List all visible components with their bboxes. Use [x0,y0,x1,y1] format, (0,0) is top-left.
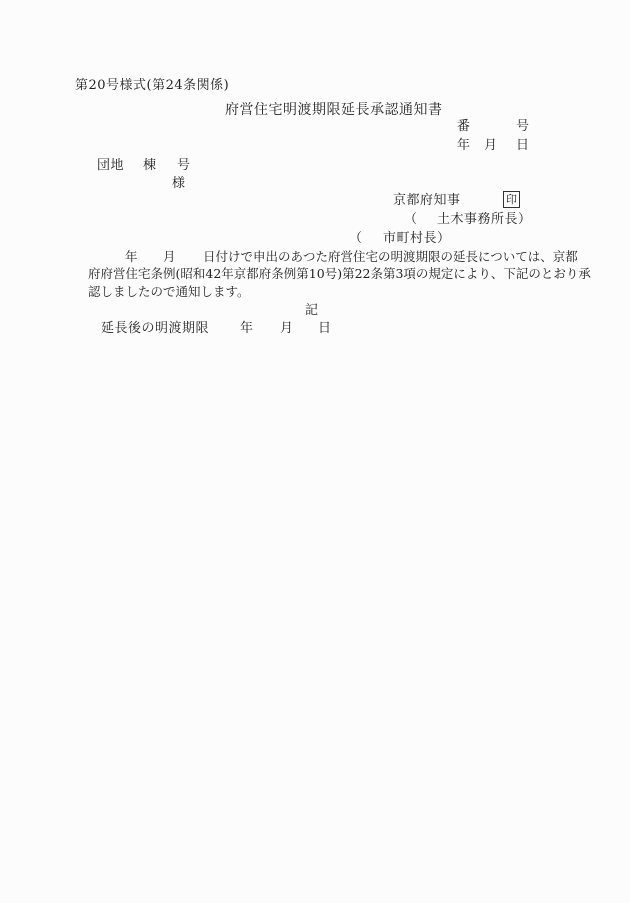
form-number: 第20号様式(第24条関係) [75,79,229,92]
document-title: 府営住宅明渡期限延長承認通知書 [225,103,443,117]
header-date-day-label: 日 [516,139,530,152]
extension-day-label: 日 [318,322,332,335]
header-date-month-label: 月 [484,139,498,152]
seal-character: 印 [506,194,517,205]
extension-month-label: 月 [280,322,294,335]
addressee-estate-label: 団地 [97,159,124,172]
issuer-alt2-open-paren: （ [349,232,363,245]
extension-deadline-label: 延長後の明渡期限 [101,322,209,335]
body-application-month-label: 月 [163,251,176,264]
document-page: 第20号様式(第24条関係) 府営住宅明渡期限延長承認通知書 番 号 年 月 日… [0,0,630,903]
body-paragraph-line3: 認しましたので通知します。 [88,286,250,299]
record-heading: 記 [305,304,319,317]
addressee-unit-label: 号 [177,159,191,172]
body-paragraph-line2: 府府営住宅条例(昭和42年京都府条例第10号)第22条第3項の規定により、下記の… [88,268,591,281]
issuer-governor-title: 京都府知事 [393,194,461,207]
addressee-honorific: 様 [172,177,186,190]
official-seal-placeholder: 印 [503,191,520,208]
addressee-building-label: 棟 [143,159,157,172]
body-application-year-label: 年 [125,251,138,264]
doc-number-suffix: 号 [516,120,530,133]
doc-number-label: 番 [457,120,471,133]
header-date-year-label: 年 [457,139,471,152]
issuer-alt2-mayor: 市町村長） [383,232,451,245]
body-paragraph-line1: 日付けで申出のあつた府営住宅の明渡期限の延長については、京都 [203,251,578,264]
issuer-alt1-civil-office-chief: 土木事務所長） [437,213,532,226]
issuer-alt1-open-paren: （ [404,213,418,226]
extension-year-label: 年 [240,322,254,335]
